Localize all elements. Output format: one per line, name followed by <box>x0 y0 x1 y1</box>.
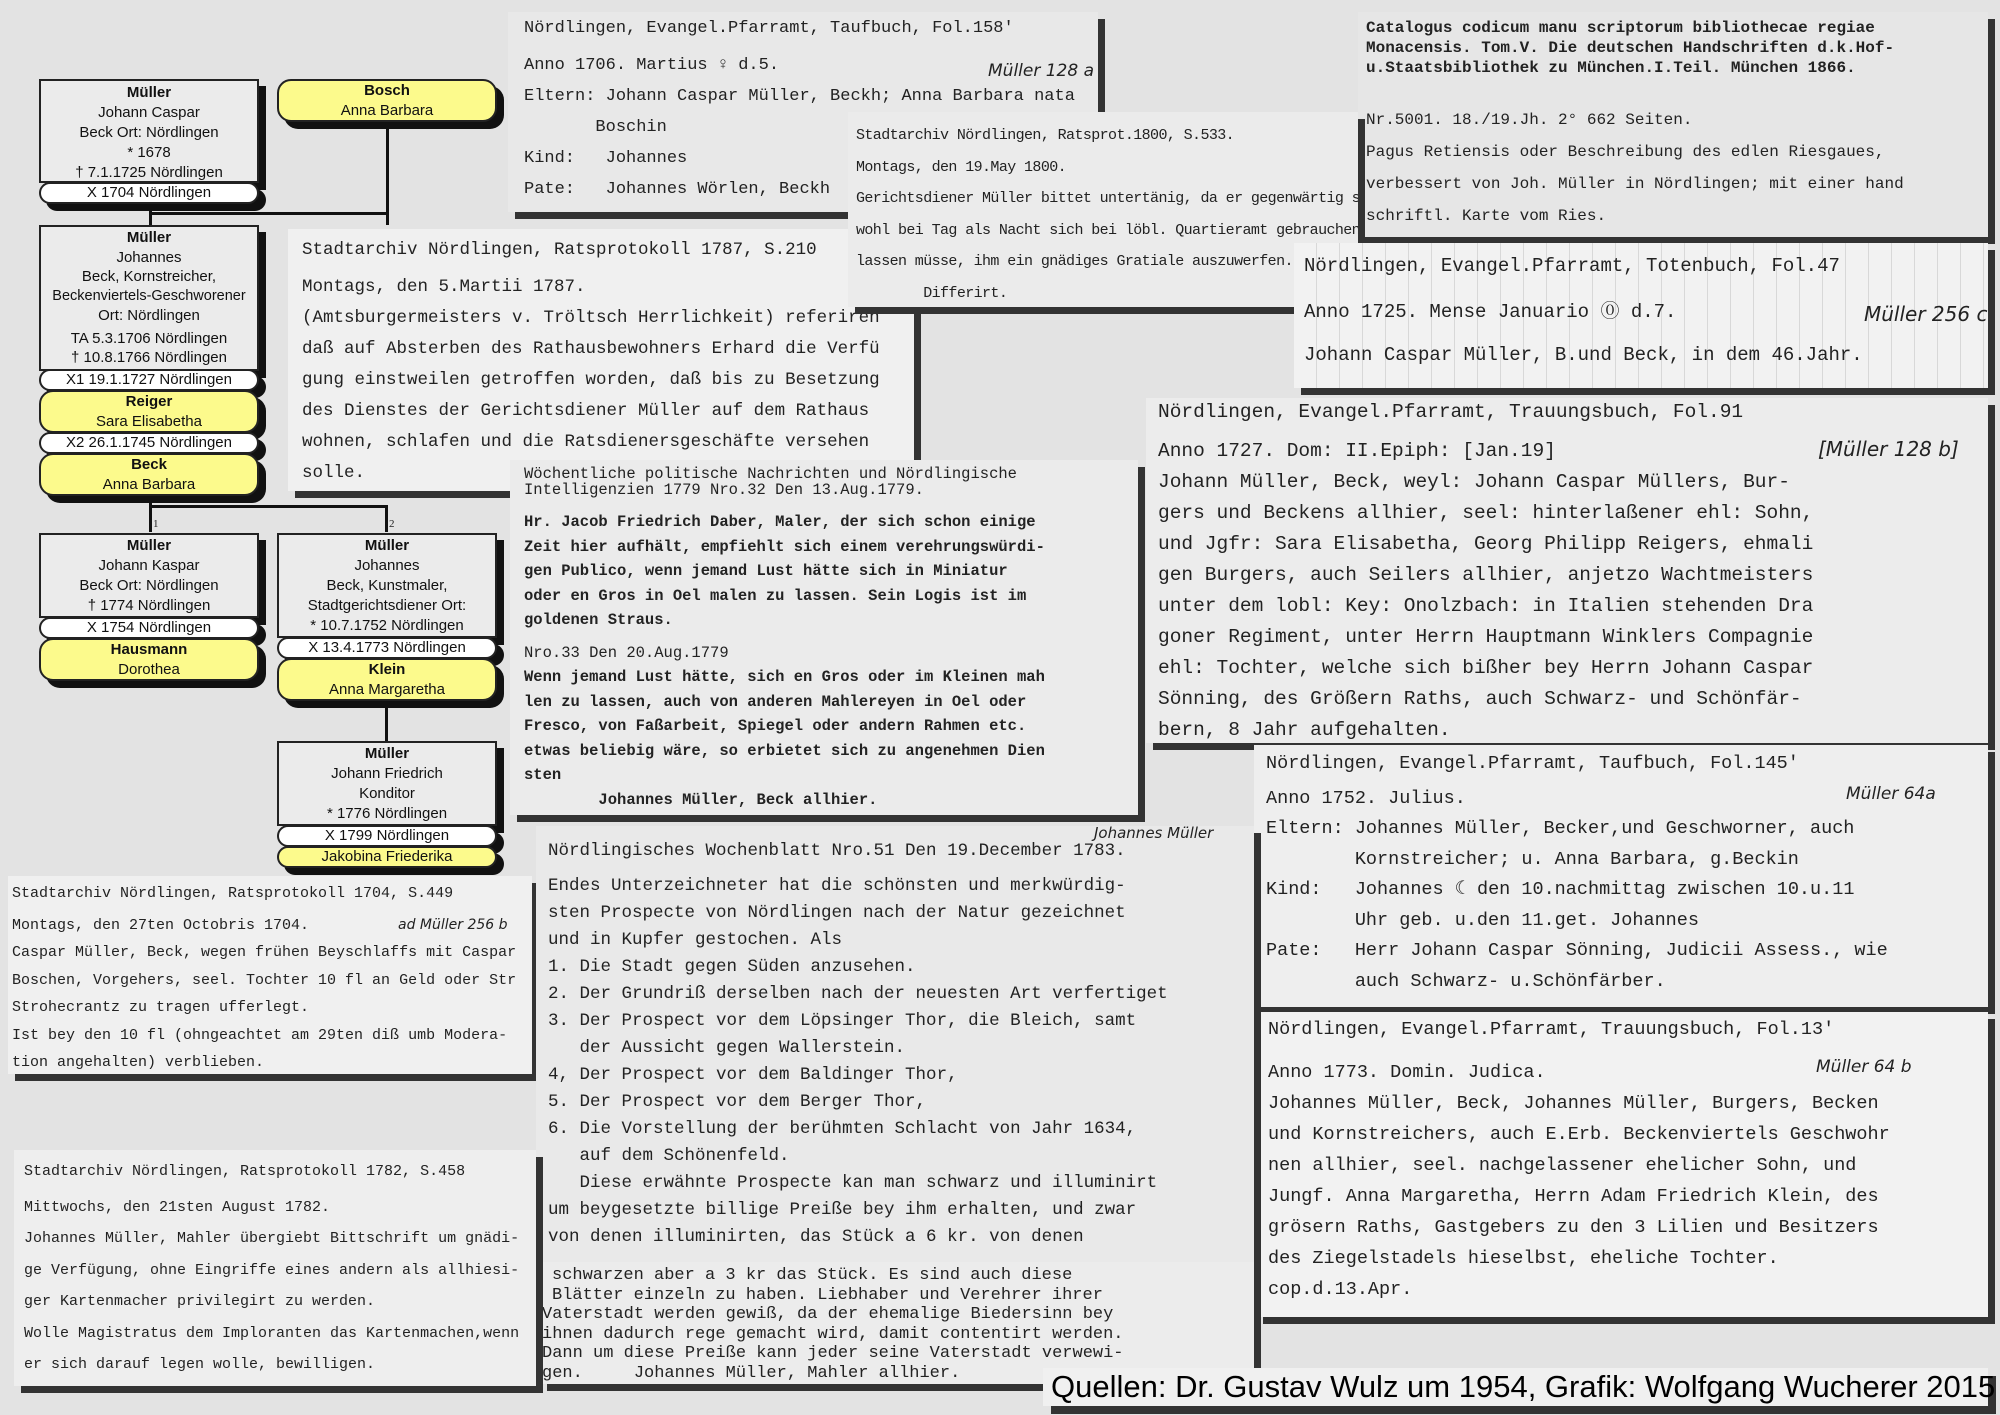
child-number: 1 <box>153 518 159 530</box>
handwritten-ref: [Müller 128 b] <box>1818 434 1959 465</box>
card-taufbuch-1752: Nördlingen, Evangel.Pfarramt, Taufbuch, … <box>1254 745 1988 1007</box>
card-ratsprotokoll-1800: Stadtarchiv Nördlingen, Ratsprot.1800, S… <box>848 112 1358 307</box>
person-johannes-mueller[interactable]: Müller Johannes Beck, Kornstreicher, Bec… <box>39 225 259 371</box>
connector-line <box>149 505 387 508</box>
handwritten-ref: Müller 64a <box>1846 779 1936 810</box>
person-johann-caspar-mueller[interactable]: Müller Johann Caspar Beck Ort: Nördlinge… <box>39 79 259 183</box>
card-wochenblatt-1783-continued: schwarzen aber a 3 kr das Stück. Es sind… <box>540 1262 1254 1384</box>
marriage-label: X 1754 Nördlingen <box>39 617 259 639</box>
handwritten-ref: Johannes Müller <box>1094 820 1213 847</box>
card-wochenblatt-1783: Nördlingisches Wochenblatt Nro.51 Den 19… <box>536 826 1254 1266</box>
handwritten-ref: Müller 64 b <box>1816 1052 1912 1083</box>
marriage-label: X 13.4.1773 Nördlingen <box>277 637 497 659</box>
card-trauungsbuch-1727: Nördlingen, Evangel.Pfarramt, Trauungsbu… <box>1146 398 1988 743</box>
handwritten-ref: Müller 128 a <box>988 56 1094 87</box>
spouse-reiger-sara-elisabetha[interactable]: Reiger Sara Elisabetha <box>39 390 259 433</box>
marriage-label: X1 19.1.1727 Nördlingen <box>39 369 259 391</box>
person-johann-friedrich-mueller[interactable]: Müller Johann Friedrich Konditor * 1776 … <box>277 741 497 826</box>
card-ratsprotokoll-1782: Stadtarchiv Nördlingen, Ratsprotokoll 17… <box>14 1150 536 1386</box>
credits-caption: Quellen: Dr. Gustav Wulz um 1954, Grafik… <box>1043 1368 1988 1406</box>
connector-line <box>385 505 388 532</box>
connector-line <box>385 700 388 742</box>
spouse-hausmann-dorothea[interactable]: Hausmann Dorothea <box>39 638 259 681</box>
spouse-beck-anna-barbara[interactable]: Beck Anna Barbara <box>39 453 259 496</box>
handwritten-ref: Müller 256 c <box>1864 293 1987 336</box>
person-johann-kaspar-mueller[interactable]: Müller Johann Kaspar Beck Ort: Nördlinge… <box>39 533 259 618</box>
connector-line <box>386 122 389 215</box>
marriage-label: X2 26.1.1745 Nördlingen <box>39 432 259 454</box>
spouse-klein-anna-margaretha[interactable]: Klein Anna Margaretha <box>277 658 497 701</box>
handwritten-ref: ad Müller 256 b <box>398 912 508 940</box>
spouse-bosch-anna-barbara[interactable]: Bosch Anna Barbara <box>277 79 497 122</box>
spouse-jakobina-friederika[interactable]: Jakobina Friederika <box>277 846 497 868</box>
card-ratsprotokoll-1787: Stadtarchiv Nördlingen, Ratsprotokoll 17… <box>288 229 914 491</box>
card-ratsprotokoll-1704: Stadtarchiv Nördlingen, Ratsprotokoll 17… <box>8 876 532 1074</box>
card-trauungsbuch-1773: Nördlingen, Evangel.Pfarramt, Trauungsbu… <box>1256 1012 1988 1317</box>
marriage-label: X 1799 Nördlingen <box>277 825 497 847</box>
card-catalogus-1866: Catalogus codicum manu scriptorum biblio… <box>1358 12 1988 237</box>
person-johannes-mueller-kunstmaler[interactable]: Müller Johannes Beck, Kunstmaler, Stadtg… <box>277 533 497 638</box>
marriage-label: X 1704 Nördlingen <box>39 182 259 204</box>
connector-line <box>150 212 388 215</box>
card-totenbuch-1725: Nördlingen, Evangel.Pfarramt, Totenbuch,… <box>1294 243 1988 388</box>
child-number: 2 <box>389 518 395 530</box>
card-wochentliche-nachrichten-1779: Wöchentliche politische Nachrichten und … <box>510 460 1138 815</box>
